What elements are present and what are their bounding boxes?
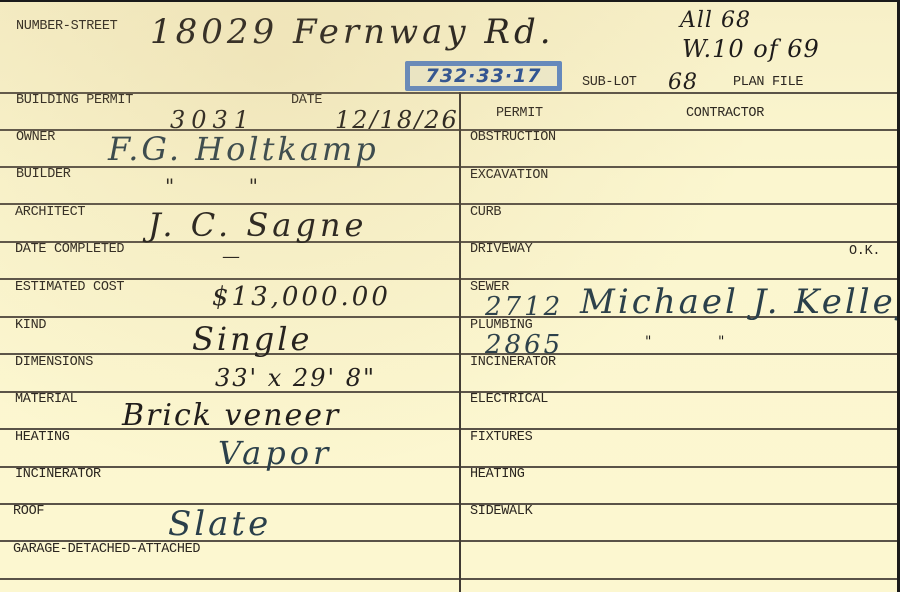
permit-card: NUMBER-STREET SUB-LOT PLAN FILE BUILDING… xyxy=(0,2,897,592)
building-permit-label: BUILDING PERMIT xyxy=(16,93,133,108)
architect-value: J. C. Sagne xyxy=(148,206,367,244)
date-completed-value: — xyxy=(222,246,241,267)
date-label: DATE xyxy=(291,93,322,108)
material-label: MATERIAL xyxy=(15,392,77,407)
excavation-label: EXCAVATION xyxy=(470,168,548,183)
dimensions-label: DIMENSIONS xyxy=(15,355,93,370)
kind-label: KIND xyxy=(15,318,46,333)
curb-label: CURB xyxy=(470,205,501,220)
roof-value: Slate xyxy=(168,504,271,544)
sewer-permit-number: 2712 xyxy=(485,292,563,322)
owner-value: F.G. Holtkamp xyxy=(108,130,379,168)
incinerator-label: INCINERATOR xyxy=(15,467,101,482)
builder-label: BUILDER xyxy=(16,167,71,182)
plan-file-label: PLAN FILE xyxy=(733,75,803,90)
driveway-ok-note: O.K. xyxy=(849,244,880,259)
dimensions-value: 33' x 29' 8" xyxy=(215,364,376,392)
architect-label: ARCHITECT xyxy=(15,205,85,220)
driveway-label: DRIVEWAY xyxy=(470,242,532,257)
sub-lot-label: SUB-LOT xyxy=(582,75,637,90)
fixtures-label: FIXTURES xyxy=(470,430,532,445)
obstruction-label: OBSTRUCTION xyxy=(470,130,556,145)
estimated-cost-label: ESTIMATED COST xyxy=(15,280,124,295)
estimated-cost-value: $13,000.00 xyxy=(212,282,391,312)
lot-note-line2: W.10 of 69 xyxy=(682,35,820,63)
electrical-label: ELECTRICAL xyxy=(470,392,548,407)
permit-column-header: PERMIT xyxy=(496,106,543,121)
builder-value: " " xyxy=(165,174,259,198)
kind-value: Single xyxy=(192,320,312,358)
material-value: Brick veneer xyxy=(122,398,340,433)
heating-label: HEATING xyxy=(15,430,70,445)
plumbing-contractor: " " xyxy=(645,334,726,350)
date-completed-label: DATE COMPLETED xyxy=(15,242,124,257)
street-address-value: 18029 Fernway Rd. xyxy=(150,12,555,52)
sewer-contractor: Michael J. Kelley xyxy=(580,282,897,322)
plumbing-permit-number: 2865 xyxy=(485,330,563,360)
owner-label: OWNER xyxy=(16,130,55,145)
number-street-label: NUMBER-STREET xyxy=(16,19,117,34)
roof-label: ROOF xyxy=(13,504,44,519)
sidewalk-label: SIDEWALK xyxy=(470,504,532,519)
contractor-column-header: CONTRACTOR xyxy=(686,106,764,121)
heating-permit-label: HEATING xyxy=(470,467,525,482)
parcel-number-stamp: 732·33·17 xyxy=(405,61,562,91)
heating-value: Vapor xyxy=(218,434,332,472)
garage-label: GARAGE-DETACHED-ATTACHED xyxy=(13,542,200,557)
lot-note-line1: All 68 xyxy=(680,8,751,33)
